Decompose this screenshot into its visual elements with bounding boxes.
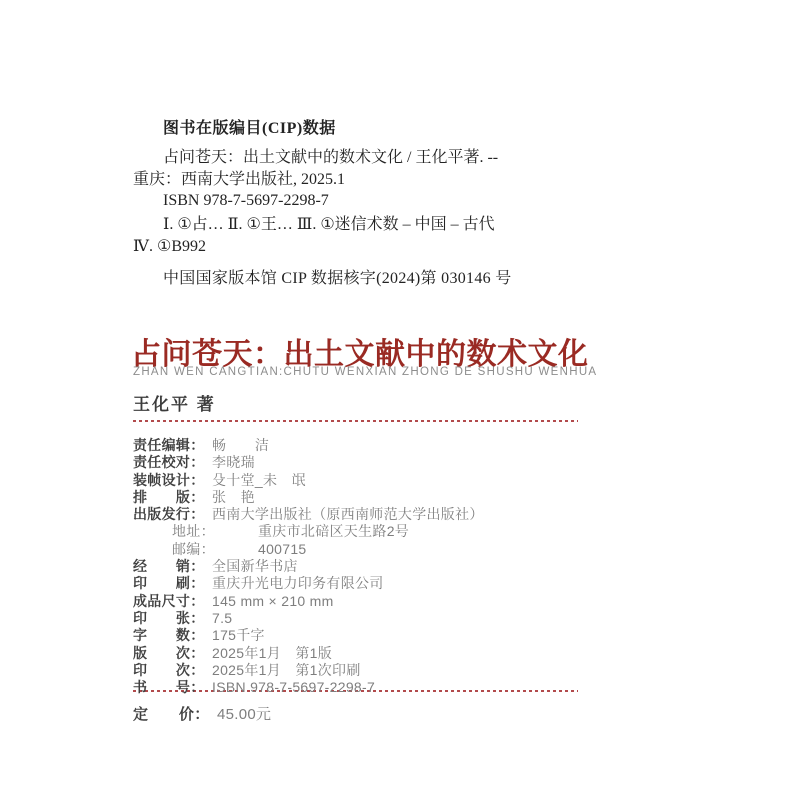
dotted-divider-top (133, 420, 578, 422)
colophon-row: 版 次： 2025年1月 第1版 (133, 645, 603, 662)
colophon-row-value: ISBN 978-7-5697-2298-7 (212, 679, 375, 696)
colophon-row-label: 经 销： (133, 558, 212, 575)
colophon-row-label: 书 号： (133, 679, 212, 696)
colophon-row-value: 畅 洁 (212, 437, 269, 454)
colophon-row-label: 责任校对： (133, 454, 212, 471)
colophon-row-value: 全国新华书店 (212, 558, 298, 575)
colophon-row-label: 责任编辑： (133, 437, 212, 454)
book-author: 王化平 著 (133, 390, 216, 415)
colophon-row-value: 145 mm × 210 mm (212, 593, 334, 610)
copyright-page: 图书在版编目(CIP)数据 占问苍天：出土文献中的数术文化 / 王化平著. --… (0, 0, 800, 800)
colophon-row-value: 殳十堂_未 氓 (212, 472, 306, 489)
colophon-row-label: 地址： (172, 523, 258, 540)
colophon-row-label: 印 次： (133, 662, 212, 679)
colophon-row-label: 装帧设计： (133, 472, 212, 489)
colophon-row: 装帧设计： 殳十堂_未 氓 (133, 472, 603, 489)
colophon-row: 印 次： 2025年1月 第1次印刷 (133, 662, 603, 679)
cip-isbn-line: ISBN 978-7-5697-2298-7 (133, 190, 593, 212)
colophon-row-value: 400715 (258, 541, 307, 558)
colophon-row-label: 出版发行： (133, 506, 212, 523)
cip-record: 占问苍天：出土文献中的数术文化 / 王化平著. -- 重庆：西南大学出版社, 2… (133, 147, 593, 212)
colophon-row-label: 字 数： (133, 627, 212, 644)
cip-record-line: 占问苍天：出土文献中的数术文化 / 王化平著. -- (133, 147, 593, 169)
colophon-row-value: 张 艳 (212, 489, 255, 506)
colophon-row-value: 7.5 (212, 610, 232, 627)
colophon-row: 邮编： 400715 (133, 541, 603, 558)
colophon-row-value: 李晓瑞 (212, 454, 255, 471)
colophon-row-label: 成品尺寸： (133, 593, 212, 610)
colophon-list: 责任编辑： 畅 洁 责任校对： 李晓瑞 装帧设计： 殳十堂_未 氓 排 版： 张… (133, 437, 603, 696)
cip-classification-line: Ⅳ. ①B992 (133, 236, 593, 258)
colophon-row-label: 版 次： (133, 645, 212, 662)
colophon-row-value: 重庆升光电力印务有限公司 (212, 575, 384, 592)
cip-classification-line: Ⅰ. ①占… Ⅱ. ①王… Ⅲ. ①迷信术数 – 中国 – 古代 (133, 214, 593, 236)
colophon-row-value: 重庆市北碚区天生路2号 (258, 523, 409, 540)
colophon-row: 责任校对： 李晓瑞 (133, 454, 603, 471)
colophon-row-value: 175千字 (212, 627, 265, 644)
cip-classification: Ⅰ. ①占… Ⅱ. ①王… Ⅲ. ①迷信术数 – 中国 – 古代 Ⅳ. ①B99… (133, 214, 593, 258)
colophon-row: 印 刷： 重庆升光电力印务有限公司 (133, 575, 603, 592)
price-row: 定 价： 45.00元 (133, 706, 271, 723)
colophon-row-label: 排 版： (133, 489, 212, 506)
colophon-row: 地址： 重庆市北碚区天生路2号 (133, 523, 603, 540)
colophon-row-label: 印 张： (133, 610, 212, 627)
cip-registry-number: 中国国家版本馆 CIP 数据核字(2024)第 030146 号 (163, 265, 512, 288)
colophon-row-value: 2025年1月 第1次印刷 (212, 662, 361, 679)
price-label: 定 价： (133, 706, 217, 723)
colophon-row: 经 销： 全国新华书店 (133, 558, 603, 575)
colophon-row: 排 版： 张 艳 (133, 489, 603, 506)
colophon-row-value: 2025年1月 第1版 (212, 645, 332, 662)
colophon-row: 出版发行： 西南大学出版社（原西南师范大学出版社） (133, 506, 603, 523)
colophon-row: 成品尺寸： 145 mm × 210 mm (133, 593, 603, 610)
colophon-row: 印 张： 7.5 (133, 610, 603, 627)
cip-header: 图书在版编目(CIP)数据 (163, 115, 336, 138)
cip-record-line: 重庆：西南大学出版社, 2025.1 (133, 169, 593, 191)
colophon-row-label: 印 刷： (133, 575, 212, 592)
colophon-row: 字 数： 175千字 (133, 627, 603, 644)
colophon-row-label: 邮编： (172, 541, 258, 558)
colophon-row-value: 西南大学出版社（原西南师范大学出版社） (212, 506, 484, 523)
price-value: 45.00元 (217, 706, 271, 723)
colophon-row: 责任编辑： 畅 洁 (133, 437, 603, 454)
colophon-row: 书 号： ISBN 978-7-5697-2298-7 (133, 679, 603, 696)
book-title-pinyin: ZHAN WEN CANGTIAN:CHUTU WENXIAN ZHONG DE… (133, 366, 597, 378)
